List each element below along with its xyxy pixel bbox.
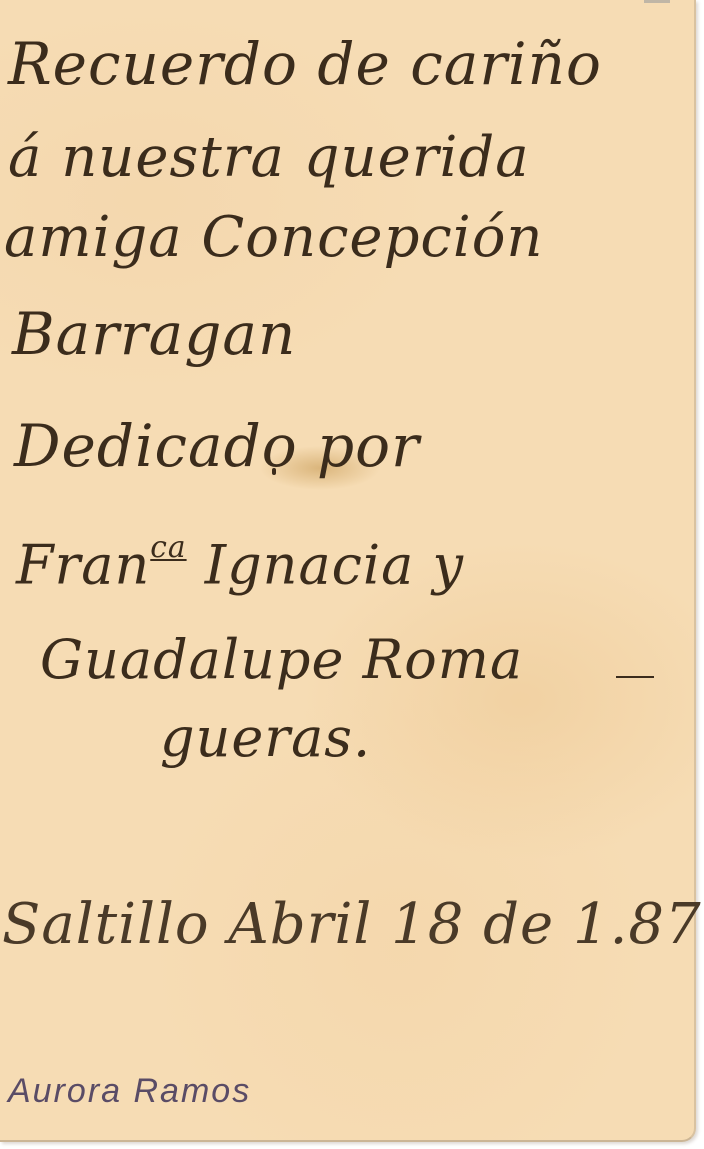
signer-prefix: Fran bbox=[16, 534, 150, 597]
text-line-1: Recuerdo de cariño bbox=[8, 30, 602, 98]
text-line-4: Barragan bbox=[12, 300, 296, 368]
signers-line-3: gueras. bbox=[160, 706, 371, 769]
signer-rest: Ignacia y bbox=[205, 534, 464, 597]
underline-mark bbox=[616, 676, 654, 678]
text-line-5: Dedicado por bbox=[14, 412, 420, 480]
signer-superscript: ca bbox=[150, 530, 186, 565]
signers-line-1: Franca Ignacia y bbox=[16, 530, 464, 597]
dedication-card: Recuerdo de cariño á nuestra querida ami… bbox=[0, 0, 696, 1142]
signers-line-2: Guadalupe Roma bbox=[40, 628, 523, 691]
ink-speck bbox=[272, 468, 276, 475]
pencil-note: Aurora Ramos bbox=[8, 1072, 251, 1111]
text-line-3: amiga Concepción bbox=[4, 205, 543, 270]
text-line-2: á nuestra querida bbox=[8, 125, 530, 190]
edge-mark bbox=[644, 0, 670, 3]
date-line: Saltillo Abril 18 de 1.871, bbox=[2, 892, 704, 957]
